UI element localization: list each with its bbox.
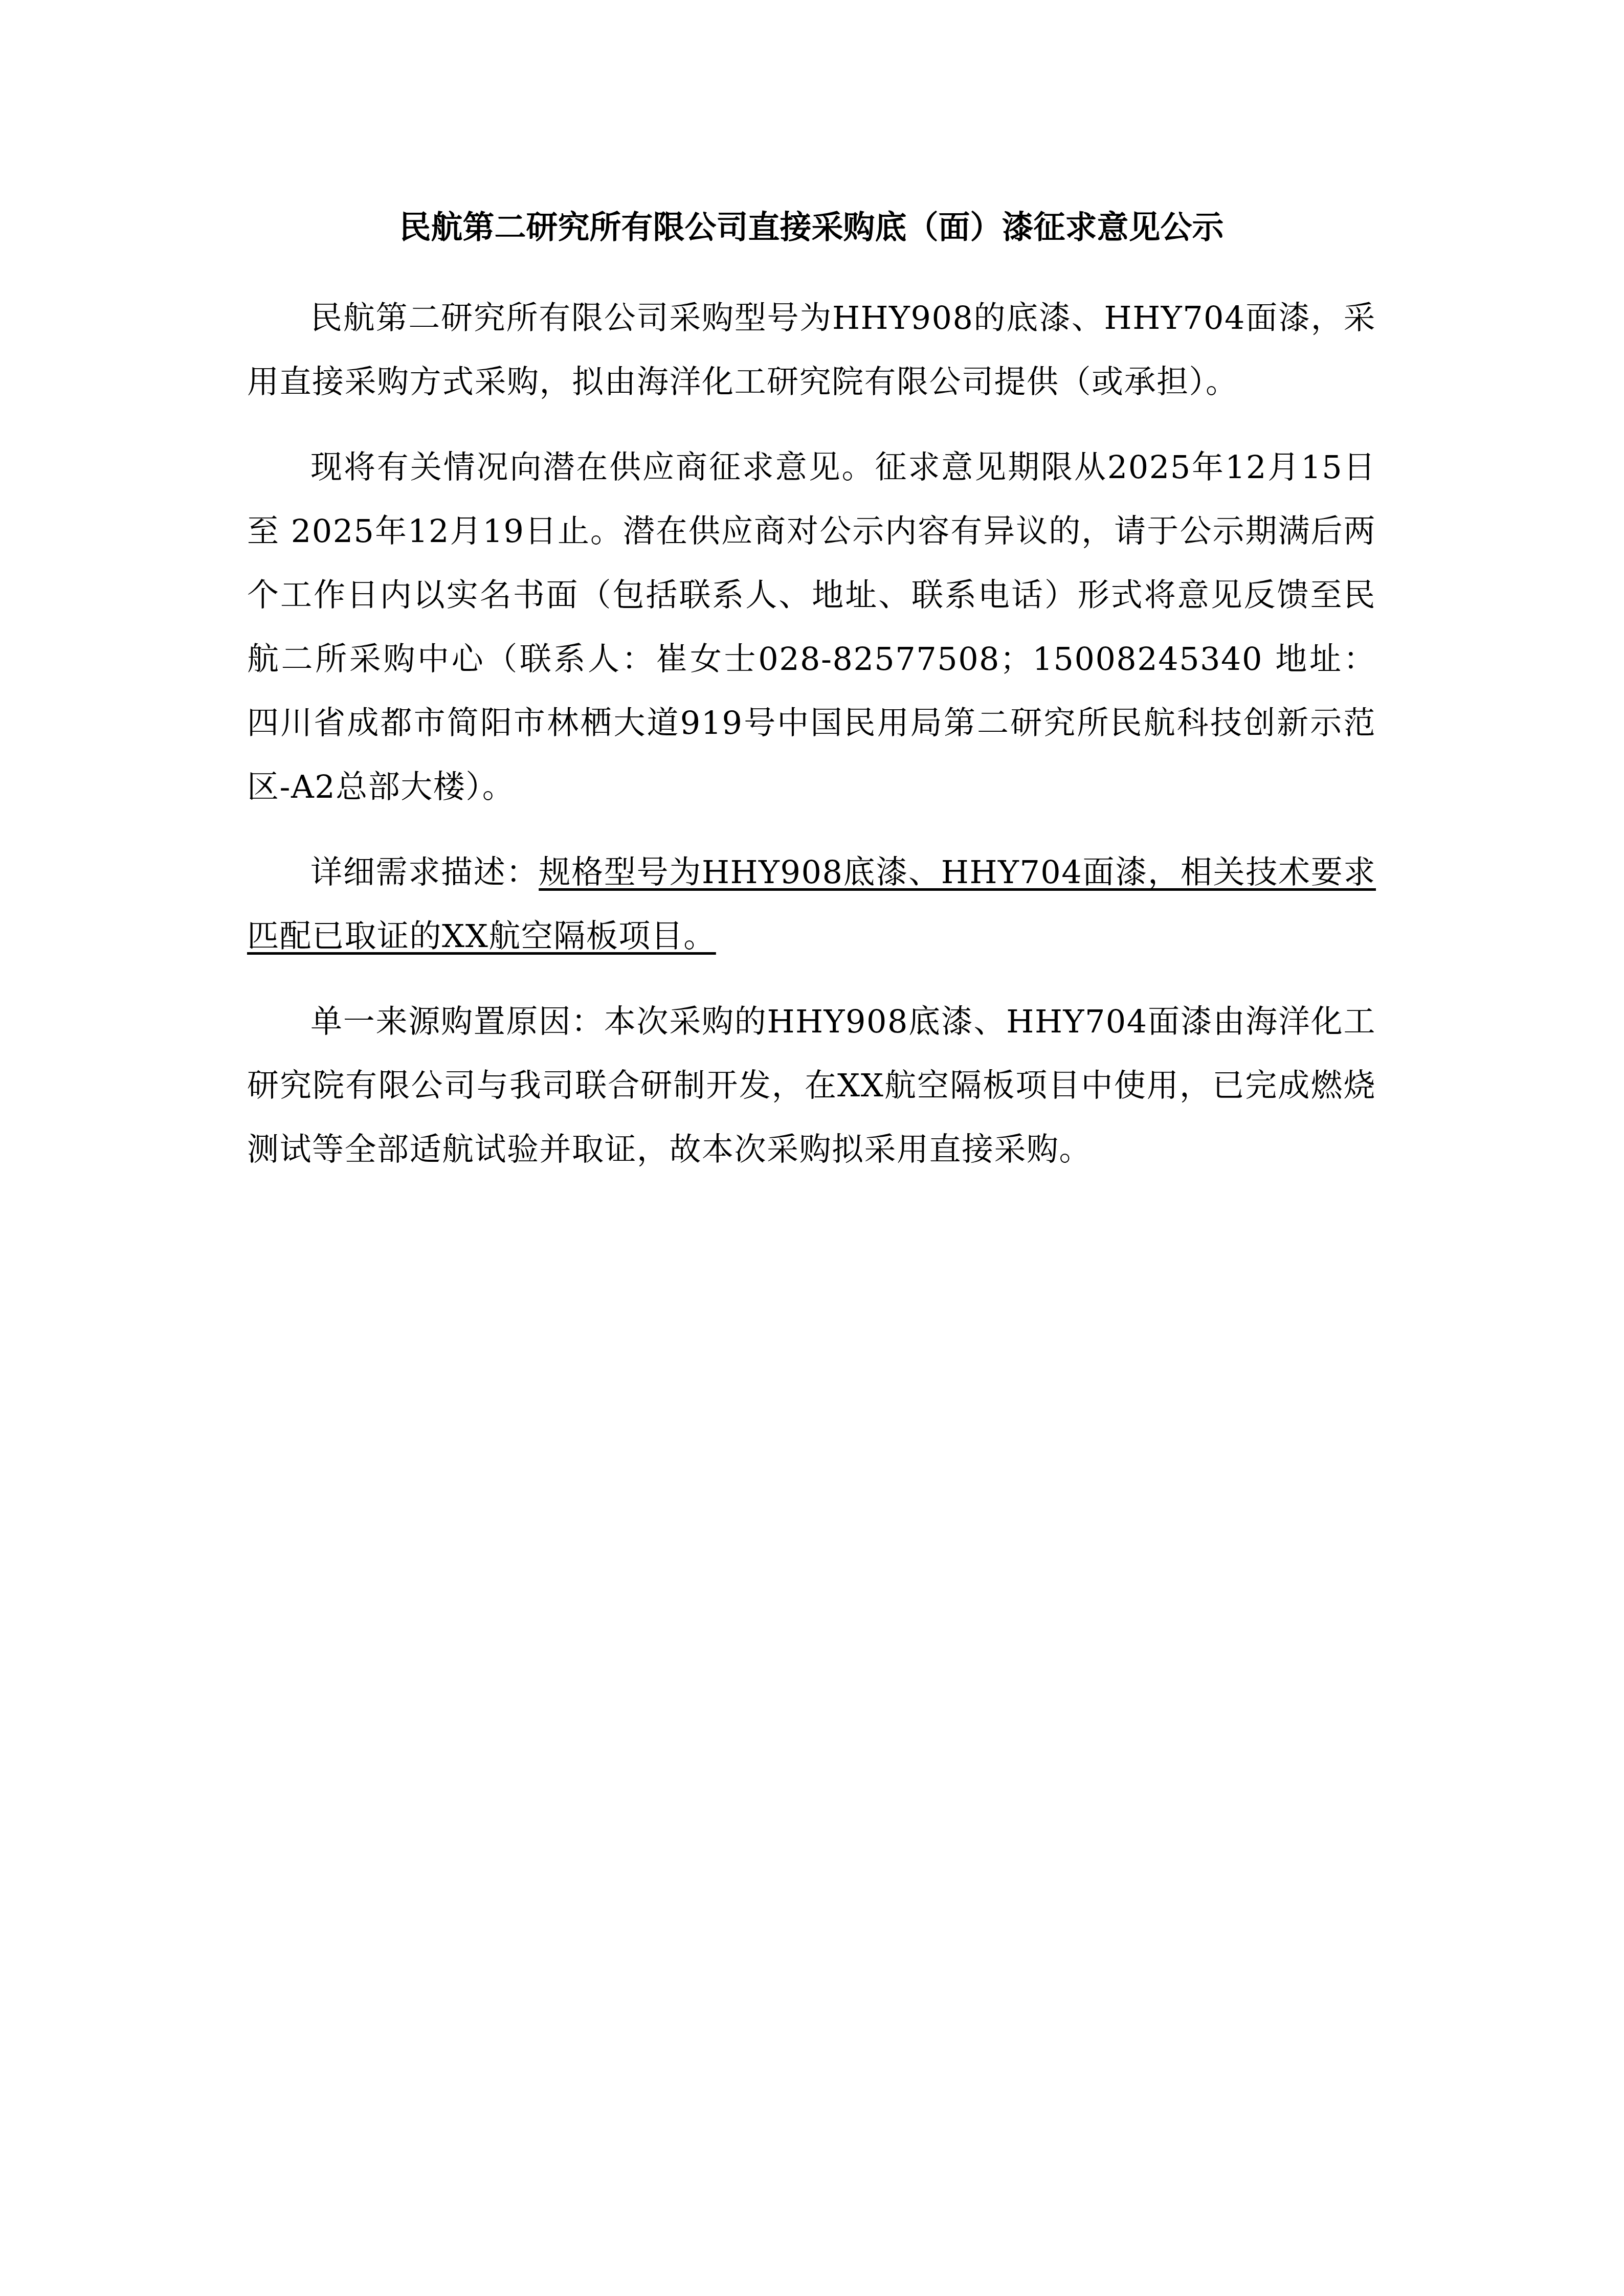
paragraph-comment-period-contact: 现将有关情况向潜在供应商征求意见。征求意见期限从2025年12月15日至 202…	[247, 435, 1376, 819]
document-page: 民航第二研究所有限公司直接采购底（面）漆征求意见公示 民航第二研究所有限公司采购…	[0, 0, 1624, 2296]
document-body: 民航第二研究所有限公司直接采购底（面）漆征求意见公示 民航第二研究所有限公司采购…	[247, 202, 1376, 1203]
document-title: 民航第二研究所有限公司直接采购底（面）漆征求意见公示	[247, 202, 1376, 253]
paragraph-single-source-reason: 单一来源购置原因：本次采购的HHY908底漆、HHY704面漆由海洋化工研究院有…	[247, 989, 1376, 1181]
paragraph-procurement-summary: 民航第二研究所有限公司采购型号为HHY908的底漆、HHY704面漆，采用直接采…	[247, 286, 1376, 414]
paragraph-requirement-description: 详细需求描述：规格型号为HHY908底漆、HHY704面漆，相关技术要求匹配已取…	[247, 840, 1376, 968]
requirement-label: 详细需求描述：	[310, 853, 539, 891]
